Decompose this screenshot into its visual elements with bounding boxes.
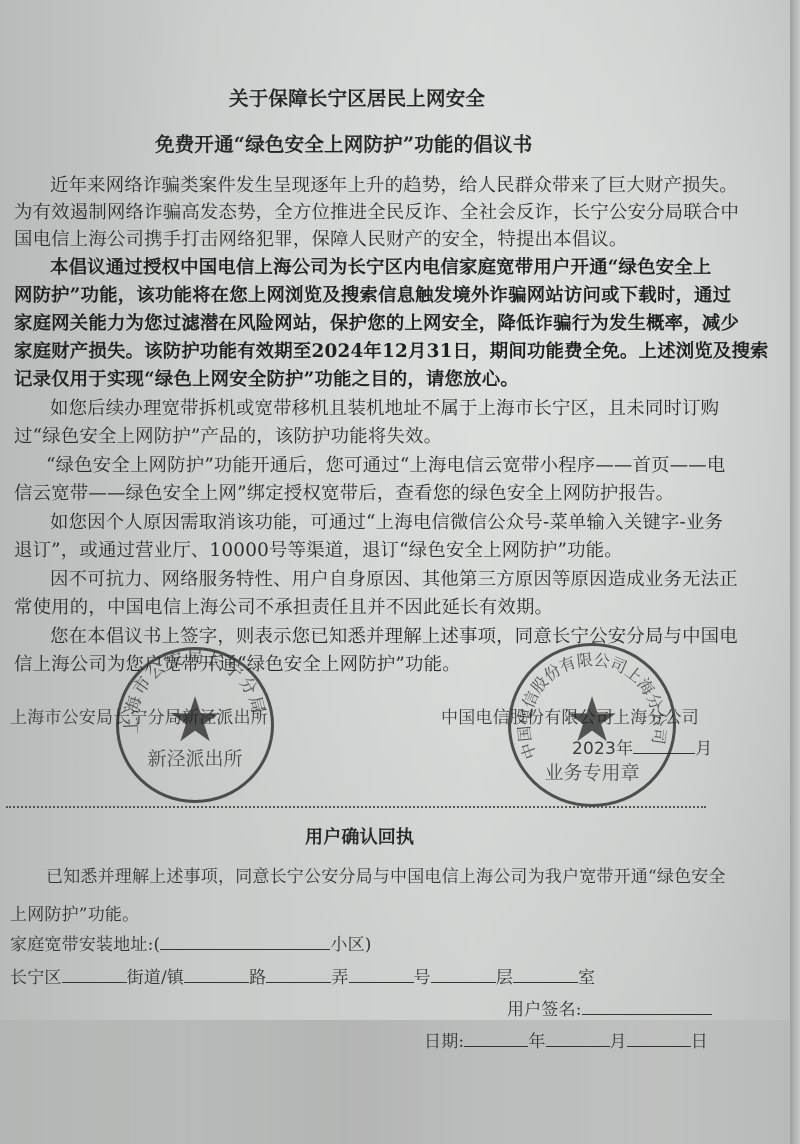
paragraph-2-line-5: 记录仅用于实现“绿色上网安全防护”功能之目的，请您放心。 — [14, 369, 519, 391]
paragraph-3-line-2: 过“绿色安全上网防护”产品的，该防护功能将失效。 — [14, 426, 442, 448]
floor-label: 层 — [496, 968, 513, 988]
receipt-body-line-2: 上网防护”功能。 — [10, 904, 139, 926]
room-field[interactable] — [513, 966, 578, 983]
paragraph-3-line-1: 如您后续办理宽带拆机或宽带移机且装机地址不属于上海市长宁区，且未同时订购 — [50, 398, 719, 420]
paragraph-2-line-2: 网防护”功能，该功能将在您上网浏览及搜索信息触发境外诈骗网站访问或下载时，通过 — [14, 285, 731, 307]
paragraph-4-line-1: “绿色安全上网防护”功能开通后，您可通过“上海电信云宽带小程序——首页——电 — [46, 455, 725, 477]
date-label: 日期: — [424, 1032, 464, 1052]
paragraph-6-line-1: 因不可抗力、网络服务特性、用户自身原因、其他第三方原因等原因造成业务无法正 — [50, 569, 738, 591]
community-field[interactable] — [160, 933, 330, 950]
year-label: 年 — [528, 1032, 545, 1052]
address-suffix: 小区) — [330, 935, 371, 955]
number-field[interactable] — [349, 966, 414, 983]
document-title-line2: 免费开通“绿色安全上网防护”功能的倡议书 — [155, 134, 532, 156]
cut-line-divider — [6, 806, 706, 808]
street-field[interactable] — [62, 966, 127, 983]
day-label: 日 — [691, 1032, 708, 1052]
signature-field[interactable] — [582, 998, 712, 1015]
document-title-line1: 关于保障长宁区居民上网安全 — [229, 88, 485, 110]
paper-edge — [790, 0, 800, 1144]
paragraph-2-line-1: 本倡议通过授权中国电信上海公司为长宁区内电信家庭宽带用户开通“绿色安全上 — [50, 257, 711, 279]
year-field[interactable] — [464, 1030, 528, 1047]
signature-row: 用户签名: — [507, 998, 712, 1021]
paragraph-7-line-1: 您在本倡议书上签字，则表示您已知悉并理解上述事项，同意长宁公安分局与中国电 — [50, 626, 738, 648]
receipt-title: 用户确认回执 — [305, 827, 414, 849]
star-icon: ★ — [564, 689, 620, 751]
paragraph-5-line-2: 退订”，或通过营业厅、10000号等渠道，退订“绿色安全上网防护”功能。 — [14, 540, 623, 562]
signature-label: 用户签名: — [507, 1000, 582, 1020]
telecom-seal-bottom-text: 业务专用章 — [511, 758, 673, 785]
address-detail-row: 长宁区街道/镇路弄号层室 — [10, 966, 595, 989]
day-field[interactable] — [627, 1030, 691, 1047]
month-field[interactable] — [546, 1030, 610, 1047]
star-icon: ★ — [167, 689, 223, 751]
room-label: 室 — [578, 968, 595, 988]
paragraph-4-line-2: 信云宽带——绿色安全上网”绑定授权宽带后，查看您的绿色安全上网防护报告。 — [14, 483, 674, 505]
paragraph-6-line-2: 常使用的，中国电信上海公司不承担责任且并不因此延长有效期。 — [14, 597, 553, 619]
paragraph-2-line-4: 家庭财产损失。该防护功能有效期至2024年12月31日，期间功能费全免。上述浏览… — [14, 341, 769, 363]
lane-field[interactable] — [266, 966, 331, 983]
street-label: 街道/镇 — [127, 968, 185, 988]
floor-field[interactable] — [431, 966, 496, 983]
district-label: 长宁区 — [10, 968, 62, 988]
police-station-seal: 上海市公安局长宁分局 ★ 新泾派出所 — [116, 647, 274, 803]
signature-date-month-suffix: 月 — [695, 739, 712, 759]
road-label: 路 — [249, 968, 266, 988]
month-label: 月 — [610, 1032, 627, 1052]
address-row: 家庭宽带安装地址:(小区) — [10, 933, 372, 956]
address-label: 家庭宽带安装地址:( — [10, 935, 160, 955]
paragraph-1-line-2: 为有效遏制网络诈骗高发态势，全方位推进全民反诈、全社会反诈，长宁公安分局联合中 — [14, 202, 739, 224]
paragraph-1-line-1: 近年来网络诈骗类案件发生呈现逐年上升的趋势，给人民群众带来了巨大财产损失。 — [50, 175, 738, 197]
paragraph-1-line-3: 国电信上海公司携手打击网络犯罪，保障人民财产的安全，特提出本倡议。 — [14, 229, 628, 251]
number-label: 号 — [414, 968, 431, 988]
paragraph-5-line-1: 如您因个人原因需取消该功能，可通过“上海电信微信公众号-菜单输入关键字-业务 — [50, 512, 723, 534]
receipt-body-line-1: 已知悉并理解上述事项，同意长宁公安分局与中国电信上海公司为我户宽带开通“绿色安全 — [46, 866, 726, 888]
paragraph-2-line-3: 家庭网关能力为您过滤潜在风险网站，保护您的上网安全，降低诈骗行为发生概率，减少 — [14, 313, 739, 335]
date-row: 日期:年月日 — [424, 1030, 708, 1053]
lane-label: 弄 — [331, 968, 348, 988]
road-field[interactable] — [184, 966, 249, 983]
police-seal-bottom-text: 新泾派出所 — [119, 744, 271, 771]
telecom-business-seal: 中国电信股份有限公司上海分公司 ★ 业务专用章 — [508, 643, 676, 807]
